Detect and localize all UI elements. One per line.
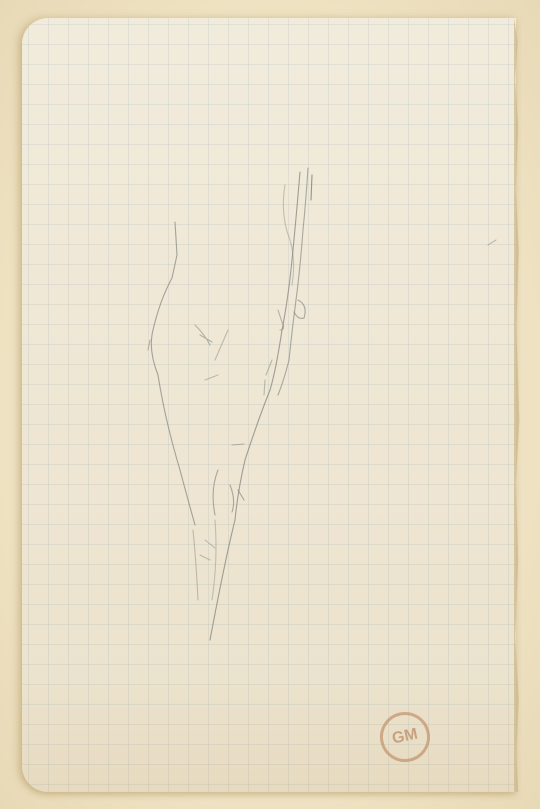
pencil-sketch — [0, 0, 540, 809]
